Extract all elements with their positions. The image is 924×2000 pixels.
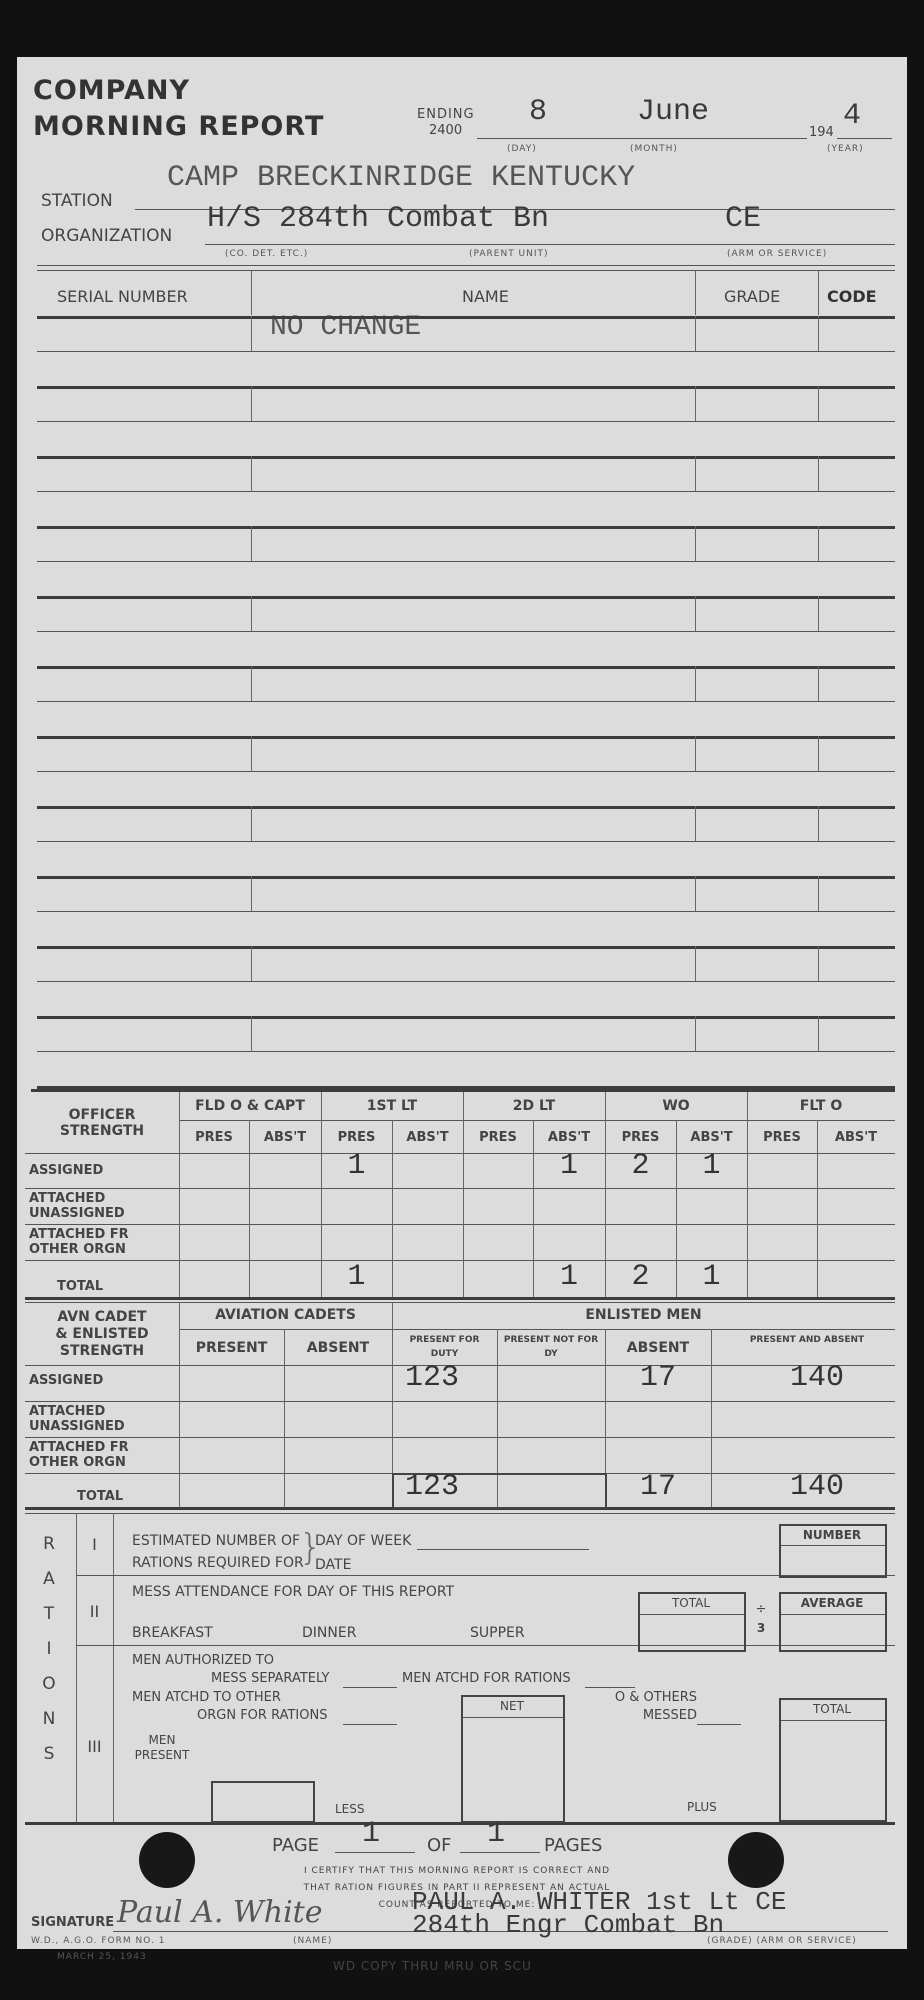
total-1st-lt-pres: 1 <box>321 1260 392 1294</box>
header-divider <box>37 265 895 266</box>
col-present-not-for-dy: PRESENT NOT FOR DY <box>502 1333 600 1361</box>
dinner-label: DINNER <box>302 1625 356 1641</box>
subcol-pres: PRES <box>605 1130 676 1145</box>
rations-total-label: TOTAL <box>779 1702 885 1716</box>
col-divider <box>818 596 819 631</box>
ending-time: 2400 <box>429 123 462 138</box>
station-value: CAMP BRECKINRIDGE KENTUCKY <box>167 161 635 195</box>
part-i-text2: RATIONS REQUIRED FOR <box>132 1555 304 1571</box>
col-divider <box>251 1016 252 1051</box>
handwritten-signature: Paul A. White <box>117 1895 322 1930</box>
day-of-week-label: DAY OF WEEK <box>315 1533 411 1549</box>
men-atchd-rations-field[interactable] <box>585 1687 635 1688</box>
col-divider <box>817 1120 818 1297</box>
row-line <box>37 491 895 492</box>
year-caption: (YEAR) <box>827 144 864 154</box>
total-present-and-absent: 140 <box>757 1470 877 1504</box>
form-title-line2: MORNING REPORT <box>33 111 324 142</box>
row-label-attached-unassigned: ATTACHED UNASSIGNED <box>29 1404 169 1434</box>
col-divider <box>251 946 252 981</box>
men-atchd-other-line2: ORGN FOR RATIONS <box>197 1708 327 1723</box>
page-number: 1 <box>362 1817 380 1851</box>
col-divider <box>695 946 696 981</box>
col-divider <box>179 1092 180 1297</box>
part-iii-numeral: III <box>76 1737 113 1756</box>
col-divider <box>251 456 252 491</box>
divide-icon: ÷ <box>747 1602 775 1617</box>
form-number: W.D., A.G.O. FORM NO. 1 <box>31 1936 165 1946</box>
letter: T <box>37 1597 61 1632</box>
box-divider <box>781 1720 885 1721</box>
page-total-line <box>460 1852 540 1853</box>
col-divider <box>818 666 819 701</box>
row-line <box>37 456 895 459</box>
row-line <box>25 1153 895 1154</box>
row-line <box>25 1437 895 1438</box>
caption-parent-unit: (PARENT UNIT) <box>469 249 549 259</box>
organization-arm: CE <box>725 202 761 236</box>
organization-line <box>205 244 895 245</box>
group-aviation-cadets: AVIATION CADETS <box>179 1307 392 1323</box>
supper-label: SUPPER <box>470 1625 525 1641</box>
report-month: June <box>637 95 709 129</box>
row-line <box>37 841 895 842</box>
subcol-abst: ABS'T <box>817 1130 895 1145</box>
letter: S <box>37 1737 61 1772</box>
box-divider <box>781 1614 885 1615</box>
group-fld-o-capt: FLD O & CAPT <box>179 1098 321 1114</box>
col-divider <box>747 1092 748 1297</box>
men-present-label: MEN PRESENT <box>113 1733 211 1763</box>
col-divider <box>695 271 696 315</box>
col-present-and-absent: PRESENT AND ABSENT <box>737 1333 877 1347</box>
row-line <box>37 876 895 879</box>
col-divider <box>251 666 252 701</box>
col-divider <box>392 1120 393 1297</box>
number-box-label: NUMBER <box>779 1528 885 1542</box>
assigned-present-and-absent: 140 <box>757 1361 877 1395</box>
ending-label: ENDING <box>417 107 475 122</box>
col-divider <box>251 596 252 631</box>
group-flt-o: FLT O <box>747 1098 895 1114</box>
col-divider <box>818 271 819 315</box>
col-divider <box>251 386 252 421</box>
organization-value: H/S 284th Combat Bn <box>207 202 549 236</box>
row-label-total: TOTAL <box>77 1489 123 1504</box>
divisor: 3 <box>747 1621 775 1635</box>
row-line <box>37 806 895 809</box>
row-line <box>37 701 895 702</box>
row-line <box>37 631 895 632</box>
row-line <box>37 1051 895 1052</box>
day-of-week-field[interactable] <box>417 1549 589 1550</box>
col-divider <box>818 876 819 911</box>
col-divider <box>695 806 696 841</box>
subcol-pres: PRES <box>463 1130 533 1145</box>
row-label-attached-fr-other: ATTACHED FR OTHER ORGN <box>29 1227 169 1257</box>
rations-total-box[interactable] <box>779 1698 887 1822</box>
col-divider <box>113 1513 114 1823</box>
col-absent: ABSENT <box>605 1340 711 1356</box>
col-divider <box>179 1302 180 1507</box>
col-divider <box>711 1329 712 1507</box>
assigned-absent: 17 <box>605 1361 711 1395</box>
signer-unit: 284th Engr Combat Bn <box>412 1910 724 1940</box>
o-others-field[interactable] <box>697 1724 741 1725</box>
title-line: STRENGTH <box>25 1343 179 1360</box>
col-divider <box>818 386 819 421</box>
part-i-text1: ESTIMATED NUMBER OF <box>132 1533 300 1549</box>
total-wo-abst: 1 <box>676 1260 747 1294</box>
of-label: OF <box>427 1835 452 1856</box>
page-label: PAGE <box>272 1835 319 1856</box>
col-divider <box>695 876 696 911</box>
col-divider <box>695 736 696 771</box>
label-line: PRESENT <box>113 1748 211 1763</box>
date-line <box>477 138 807 139</box>
plus-label: PLUS <box>687 1800 717 1814</box>
page-total: 1 <box>487 1817 505 1851</box>
section-divider <box>25 1822 895 1825</box>
assigned-wo-pres: 2 <box>605 1149 676 1183</box>
total-absent: 17 <box>605 1470 711 1504</box>
row-line <box>37 351 895 352</box>
row-line <box>25 1297 895 1300</box>
men-atchd-rations-label: MEN ATCHD FOR RATIONS <box>402 1671 571 1686</box>
group-1st-lt: 1ST LT <box>321 1098 463 1114</box>
col-divider <box>251 876 252 911</box>
mess-separately-field[interactable] <box>343 1687 397 1688</box>
col-divider <box>251 806 252 841</box>
less-label: LESS <box>335 1802 365 1816</box>
year-prefix: 194 <box>809 125 834 140</box>
row-line <box>25 1260 895 1261</box>
row-line <box>76 1645 895 1646</box>
row-label-total: TOTAL <box>57 1279 103 1294</box>
mess-attendance-title: MESS ATTENDANCE FOR DAY OF THIS REPORT <box>132 1584 454 1600</box>
subcol-abst: ABS'T <box>249 1130 321 1145</box>
morning-report-form: COMPANY MORNING REPORT ENDING 2400 8 Jun… <box>17 57 907 1949</box>
part-ii-numeral: II <box>76 1602 113 1621</box>
total-wo-pres: 2 <box>605 1260 676 1294</box>
col-divider <box>695 316 696 351</box>
row-line <box>37 666 895 669</box>
row-line <box>37 316 895 319</box>
col-divider <box>818 456 819 491</box>
group-enlisted-men: ENLISTED MEN <box>392 1307 895 1323</box>
row-line <box>37 946 895 949</box>
col-divider <box>818 736 819 771</box>
col-serial-number: SERIAL NUMBER <box>57 287 188 306</box>
o-others-line2: MESSED <box>547 1708 697 1723</box>
letter: N <box>37 1702 61 1737</box>
enlisted-strength-title: AVN CADET & ENLISTED STRENGTH <box>25 1309 179 1360</box>
assigned-1st-lt-pres: 1 <box>321 1149 392 1183</box>
copy-note: WD COPY THRU MRU OR SCU <box>333 1959 532 1973</box>
men-atchd-other-field[interactable] <box>343 1724 397 1725</box>
title-line: AVN CADET <box>25 1309 179 1326</box>
o-others-line1: O & OTHERS <box>547 1690 697 1705</box>
punch-hole-right <box>728 1832 784 1888</box>
row-line <box>37 526 895 529</box>
header-divider-2 <box>37 270 895 271</box>
row-line <box>37 911 895 912</box>
subcol-abst: ABS'T <box>676 1130 747 1145</box>
report-year-digit: 4 <box>843 99 861 133</box>
row-line <box>25 1188 895 1189</box>
average-label: AVERAGE <box>779 1596 885 1610</box>
box-divider <box>640 1614 744 1615</box>
subcol-pres: PRES <box>321 1130 392 1145</box>
col-divider <box>695 666 696 701</box>
col-cadet-present: PRESENT <box>179 1340 284 1356</box>
assigned-present-for-duty: 123 <box>392 1361 472 1395</box>
col-divider <box>695 386 696 421</box>
form-date: MARCH 25, 1943 <box>57 1952 147 1962</box>
row-label-assigned: ASSIGNED <box>29 1163 103 1178</box>
subcol-abst: ABS'T <box>392 1130 463 1145</box>
subcol-pres: PRES <box>747 1130 817 1145</box>
men-atchd-other-line1: MEN ATCHD TO OTHER <box>132 1690 281 1705</box>
title-line: OFFICER <box>25 1107 179 1123</box>
date-label: DATE <box>315 1557 351 1573</box>
caption-arm-service: (ARM OR SERVICE) <box>727 249 827 259</box>
col-divider <box>251 736 252 771</box>
section-divider <box>25 1513 895 1514</box>
letter: R <box>37 1527 61 1562</box>
row-line <box>37 736 895 739</box>
punch-hole-left <box>139 1832 195 1888</box>
day-caption: (DAY) <box>507 144 537 154</box>
col-divider <box>818 1016 819 1051</box>
col-divider <box>695 596 696 631</box>
col-divider <box>818 526 819 561</box>
row-line <box>37 561 895 562</box>
col-present-for-duty: PRESENT FOR DUTY <box>397 1333 492 1361</box>
officer-strength-title: OFFICER STRENGTH <box>25 1107 179 1139</box>
row-label-assigned: ASSIGNED <box>29 1373 103 1388</box>
row-line <box>25 1224 895 1225</box>
row-line <box>179 1329 895 1330</box>
part-i-numeral: I <box>76 1535 113 1554</box>
total-present-for-duty: 123 <box>392 1470 472 1504</box>
title-line: STRENGTH <box>25 1123 179 1139</box>
report-day: 8 <box>529 95 547 129</box>
col-divider <box>76 1513 77 1823</box>
letter: A <box>37 1562 61 1597</box>
row-line <box>25 1401 895 1402</box>
col-divider <box>818 316 819 351</box>
col-grade: GRADE <box>724 287 780 306</box>
col-divider <box>251 271 252 315</box>
total-2d-lt-abst: 1 <box>533 1260 605 1294</box>
form-title-line1: COMPANY <box>33 75 190 106</box>
row-line <box>37 981 895 982</box>
group-wo: WO <box>605 1098 747 1114</box>
row-line <box>25 1302 895 1303</box>
assigned-wo-abst: 1 <box>676 1149 747 1183</box>
col-name: NAME <box>462 287 509 306</box>
col-divider <box>251 526 252 561</box>
row-line <box>76 1575 895 1576</box>
subcol-pres: PRES <box>179 1130 249 1145</box>
col-cadet-absent: ABSENT <box>284 1340 392 1356</box>
subcol-abst: ABS'T <box>533 1130 605 1145</box>
row-line <box>37 421 895 422</box>
name-caption: (NAME) <box>293 1936 332 1946</box>
grade-caption: (GRADE) (ARM OR SERVICE) <box>707 1936 857 1946</box>
row-line <box>37 386 895 389</box>
men-present-box[interactable] <box>211 1781 315 1823</box>
col-divider <box>251 316 252 351</box>
row-line <box>37 771 895 772</box>
rations-side-label: R A T I O N S <box>37 1527 61 1772</box>
col-divider <box>463 1092 464 1297</box>
col-divider <box>695 526 696 561</box>
caption-co-det: (CO. DET. ETC.) <box>225 249 308 259</box>
box-divider <box>781 1545 885 1546</box>
pages-label: PAGES <box>544 1835 602 1856</box>
col-divider <box>695 1016 696 1051</box>
organization-label: ORGANIZATION <box>41 226 172 246</box>
col-divider <box>695 456 696 491</box>
letter: I <box>37 1632 61 1667</box>
letter: O <box>37 1667 61 1702</box>
col-divider <box>818 806 819 841</box>
station-label: STATION <box>41 191 113 211</box>
certify-line: I CERTIFY THAT THIS MORNING REPORT IS CO… <box>237 1863 677 1880</box>
title-line: & ENLISTED <box>25 1326 179 1343</box>
col-code: CODE <box>827 287 877 306</box>
row-label-attached-fr-other: ATTACHED FR OTHER ORGN <box>29 1440 169 1470</box>
col-divider <box>818 946 819 981</box>
assigned-2d-lt-abst: 1 <box>533 1149 605 1183</box>
breakfast-label: BREAKFAST <box>132 1625 213 1641</box>
row-line <box>37 1016 895 1019</box>
month-caption: (MONTH) <box>630 144 678 154</box>
col-divider <box>249 1120 250 1297</box>
men-authorized-line1: MEN AUTHORIZED TO <box>132 1653 274 1668</box>
signature-label: SIGNATURE <box>31 1915 114 1930</box>
mess-total-label: TOTAL <box>638 1596 744 1610</box>
men-authorized-line2: MESS SEPARATELY <box>211 1671 329 1686</box>
year-line <box>837 138 892 139</box>
label-line: MEN <box>113 1733 211 1748</box>
group-2d-lt: 2D LT <box>463 1098 605 1114</box>
row-line <box>37 596 895 599</box>
row-line <box>179 1120 895 1121</box>
row-label-attached-unassigned: ATTACHED UNASSIGNED <box>29 1191 169 1221</box>
page-field-line <box>335 1852 415 1853</box>
